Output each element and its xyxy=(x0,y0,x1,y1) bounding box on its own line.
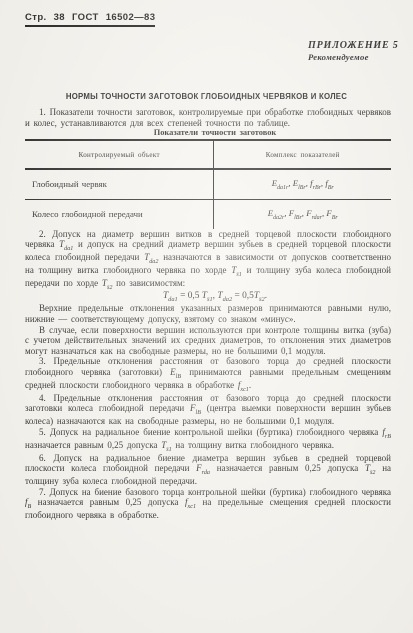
paragraph-2: 2. Допуск на диаметр вершин витков в сре… xyxy=(25,229,391,291)
math-symbol: ElB xyxy=(170,367,181,377)
math-symbol: Eda1r xyxy=(272,178,289,188)
page-header: Стр. 38 ГОСТ 16502—83 xyxy=(25,12,155,27)
symbols-cell: Eda2r, FlBr, Frdar, FBr xyxy=(214,200,391,229)
math-symbol: Tda1 xyxy=(163,291,178,301)
paragraph-3: 3. Предельные отклонения расстояния от б… xyxy=(25,356,391,392)
math-symbol: frBr xyxy=(310,178,321,188)
math-symbol: Frdar xyxy=(306,208,322,218)
table-body: Глобоидный червяк Eda1r, ElBr, frBr, fBr… xyxy=(25,169,391,228)
document-body: 1. Показатели точности заготовок, контро… xyxy=(25,107,391,521)
math-symbol: Ts̄2 xyxy=(254,291,265,301)
paragraph-6: 6. Допуск на радиальное биение диаметра … xyxy=(25,453,391,487)
note-upper-deviations: Верхние предельные отклонения указанных … xyxy=(25,303,391,324)
table-row: Глобоидный червяк Eda1r, ElBr, frBr, fBr xyxy=(25,169,391,199)
paragraph-4: 4. Предельные отклонения расстояния от б… xyxy=(25,393,391,427)
math-symbol: Eda2r xyxy=(268,208,285,218)
math-symbol: FBr xyxy=(326,208,337,218)
column-header-indicators: Комплекс показателей xyxy=(214,140,391,170)
symbols-cell: Eda1r, ElBr, frBr, fBr xyxy=(214,169,391,199)
paragraph-7: 7. Допуск на биение базового торца контр… xyxy=(25,487,391,521)
math-symbol: FlB xyxy=(190,403,201,413)
appendix-label: ПРИЛОЖЕНИЕ 5 xyxy=(308,40,399,51)
math-symbol: Tda2 xyxy=(144,252,158,262)
table-caption: Показатели точности заготовок xyxy=(25,128,391,139)
paragraph-5: 5. Допуск на радиальное биение контрольн… xyxy=(25,427,391,453)
table-head: Контролируемый объект Комплекс показател… xyxy=(25,140,391,170)
appendix-note: Рекомендуемое xyxy=(308,52,399,62)
math-symbol: Tda2 xyxy=(217,291,232,301)
math-symbol: Ts̄1 xyxy=(202,291,213,301)
math-symbol: Ts̄1 xyxy=(161,440,171,450)
appendix-block: ПРИЛОЖЕНИЕ 5 Рекомендуемое xyxy=(308,40,399,62)
math-symbol: Frda xyxy=(196,463,210,473)
math-symbol: fxc1 xyxy=(185,497,196,507)
document-title: НОРМЫ ТОЧНОСТИ ЗАГОТОВОК ГЛОБОИДНЫХ ЧЕРВ… xyxy=(0,92,413,101)
document-page: Стр. 38 ГОСТ 16502—83 ПРИЛОЖЕНИЕ 5 Реком… xyxy=(0,0,413,633)
math-symbol: Ts̄2 xyxy=(365,463,375,473)
math-symbol: fB xyxy=(25,497,31,507)
math-symbol: FlBr xyxy=(289,208,302,218)
table-row: Колесо глобоидной передачи Eda2r, FlBr, … xyxy=(25,200,391,229)
math-symbol: ElBr xyxy=(293,178,306,188)
column-header-object: Контролируемый объект xyxy=(25,140,214,170)
math-symbol: Ts̄2 xyxy=(102,278,112,288)
note-free-dimensions: В случае, если поверхности вершин исполь… xyxy=(25,325,391,357)
object-cell: Колесо глобоидной передачи xyxy=(25,200,214,229)
paragraph-1: 1. Показатели точности заготовок, контро… xyxy=(25,107,391,128)
math-symbol: Tda1 xyxy=(59,239,73,249)
math-symbol: Ts̄1 xyxy=(231,265,241,275)
math-symbol: fxc1 xyxy=(238,380,249,390)
tolerance-formula: Tda1 = 0,5 Ts̄1, Tda2 = 0,5Ts̄2. xyxy=(25,291,391,303)
table-header-row: Контролируемый объект Комплекс показател… xyxy=(25,140,391,170)
math-symbol: frB xyxy=(382,427,391,437)
math-symbol: fBr xyxy=(325,178,333,188)
object-cell: Глобоидный червяк xyxy=(25,169,214,199)
accuracy-indicators-table: Контролируемый объект Комплекс показател… xyxy=(25,139,391,229)
